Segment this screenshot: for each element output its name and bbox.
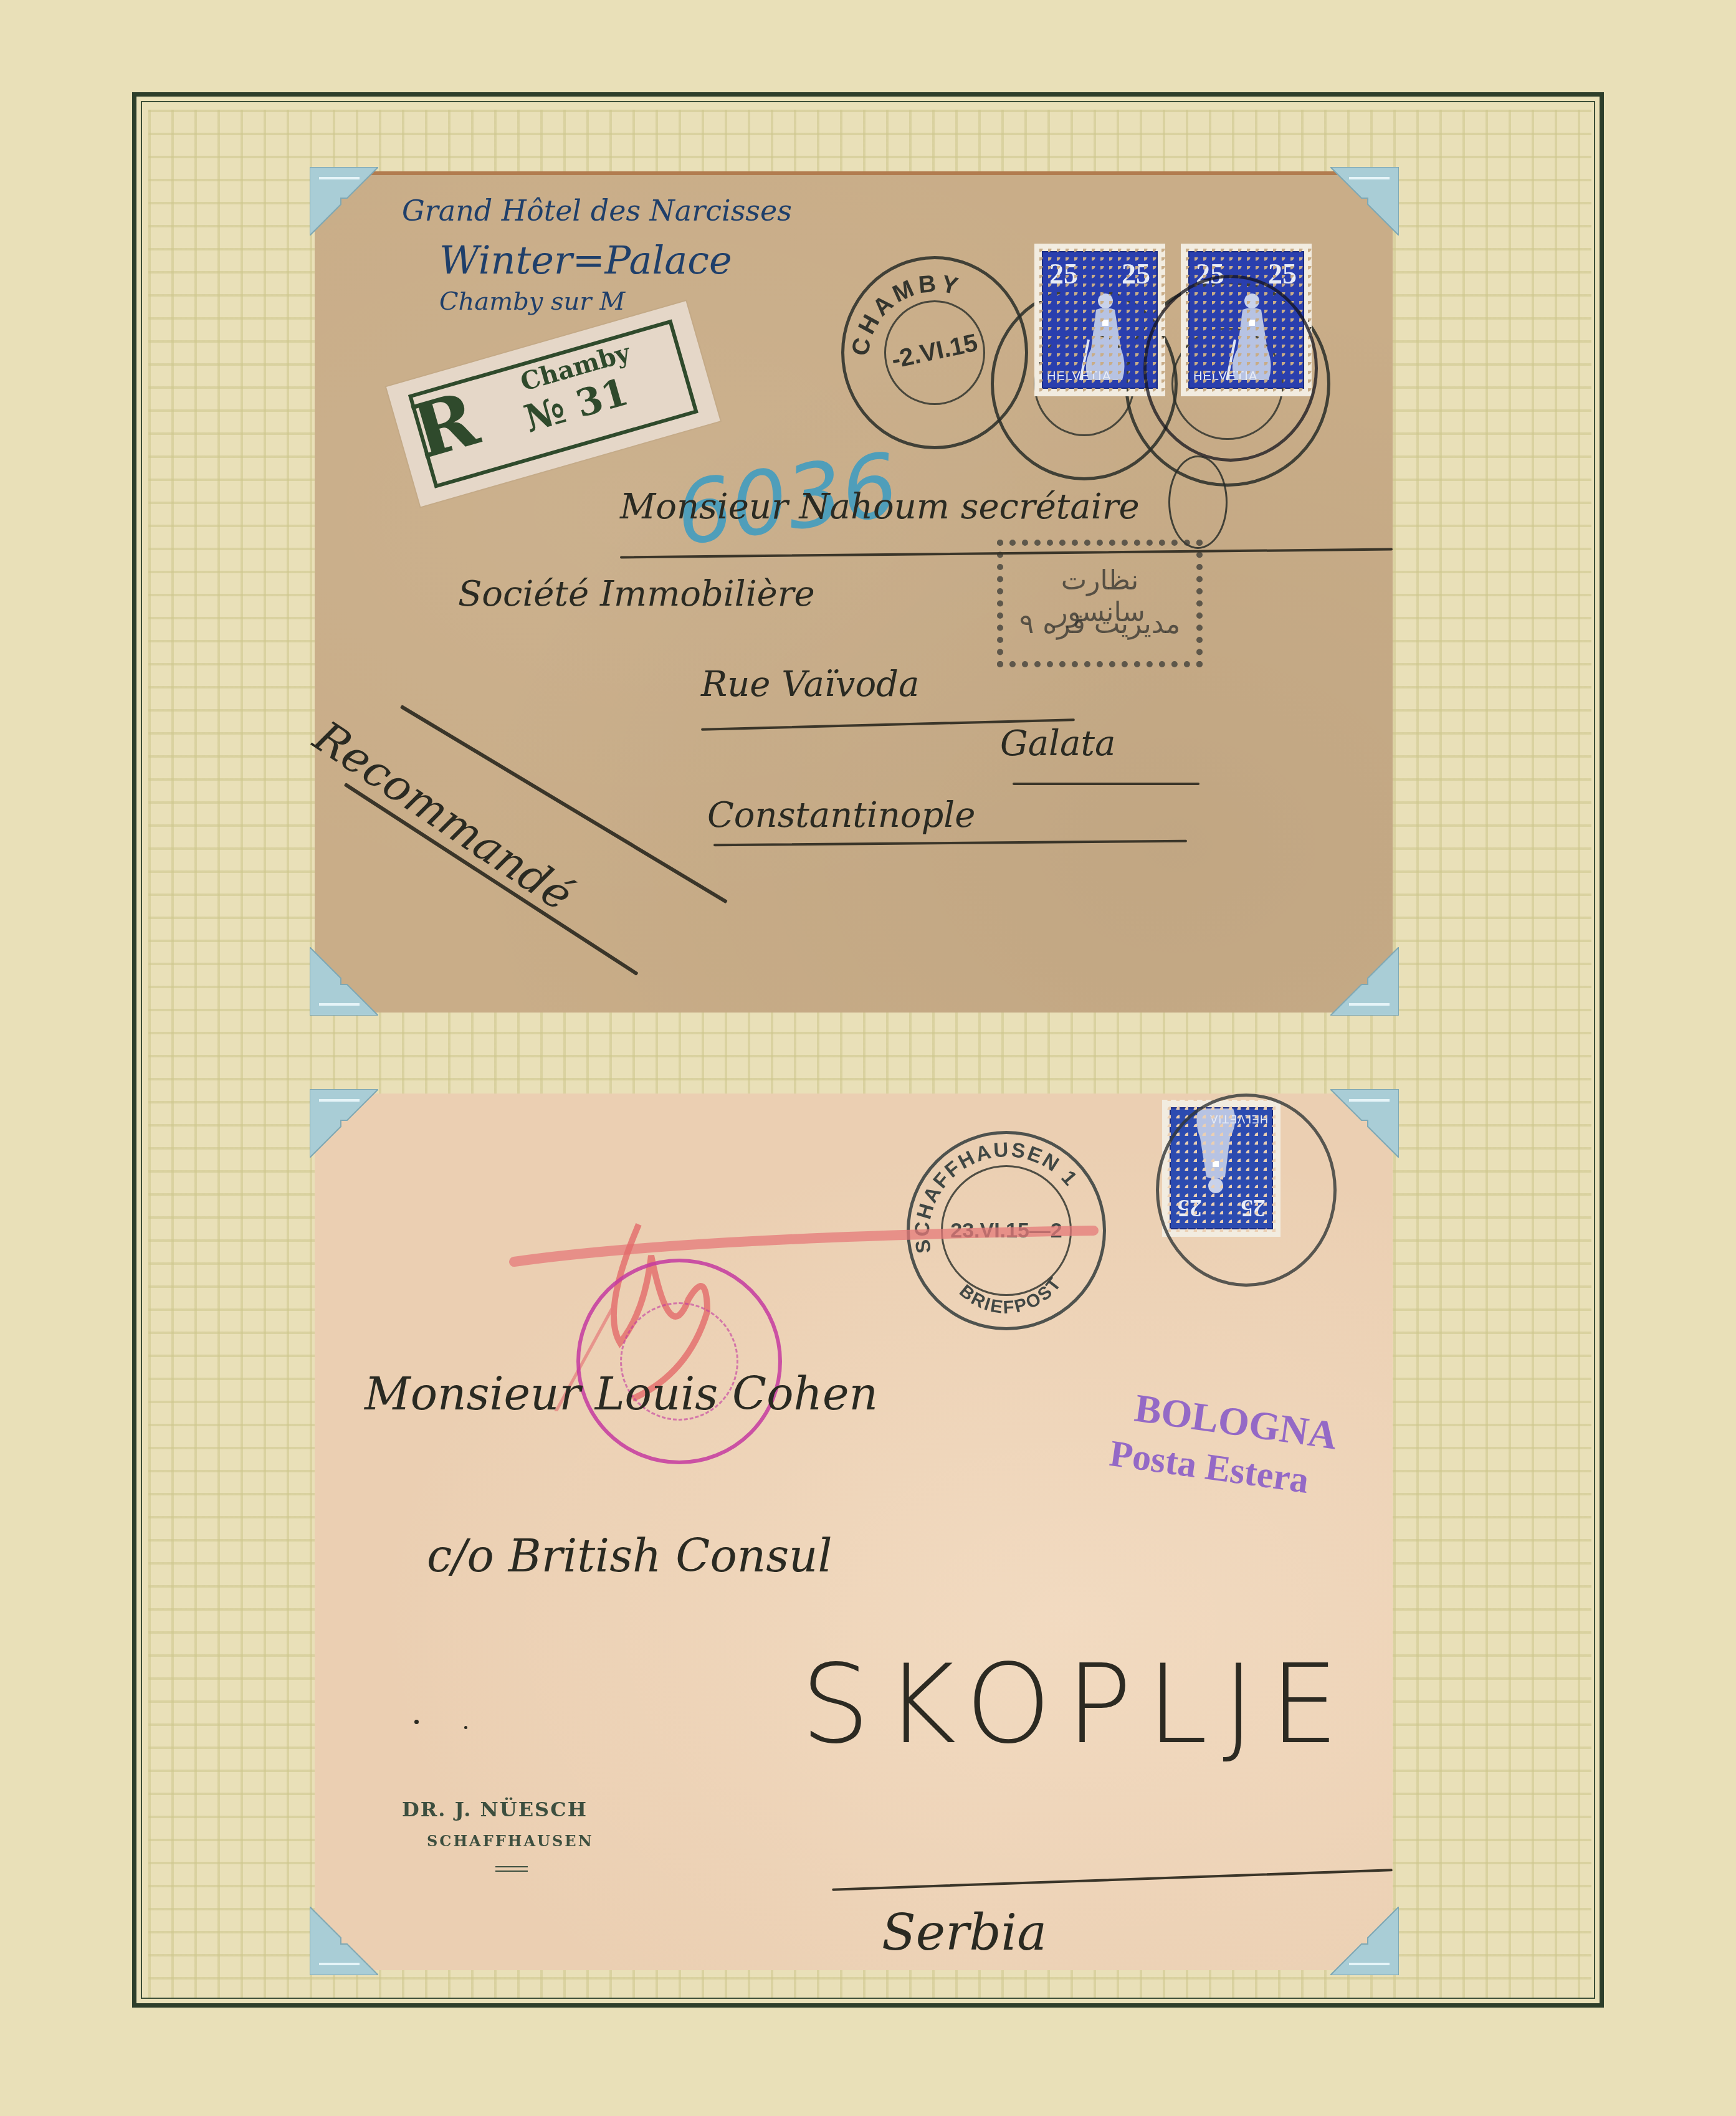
mount-corner-bottom-right bbox=[1330, 1907, 1399, 1975]
address-line-5: Constantinople bbox=[707, 795, 975, 836]
ink-dot bbox=[414, 1720, 419, 1724]
address-line-4-country: Serbia bbox=[882, 1904, 1047, 1961]
postmark-partial bbox=[1168, 455, 1228, 549]
sender-name: DR. J. NÜESCH bbox=[402, 1798, 588, 1821]
letterhead-hotel-name: Grand Hôtel des Narcisses bbox=[402, 194, 792, 227]
address-line-1: Monsieur Louis Cohen bbox=[365, 1368, 878, 1420]
album-page: Grand Hôtel des Narcisses Winter=Palace … bbox=[0, 0, 1736, 2116]
sender-rule bbox=[495, 1866, 528, 1872]
address-line-3-city: SKOPLJE bbox=[801, 1642, 1353, 1768]
cover-bottom: SCHAFFHAUSEN 1 BRIEFPOST 23.VI.15—2 25 2… bbox=[315, 1094, 1393, 1970]
cover-top: Grand Hôtel des Narcisses Winter=Palace … bbox=[315, 171, 1393, 1013]
sender-town: SCHAFFHAUSEN bbox=[427, 1832, 594, 1850]
address-line-3: Rue Vaïvoda bbox=[701, 664, 919, 705]
address-underline bbox=[713, 840, 1187, 847]
ink-dot bbox=[464, 1726, 467, 1729]
recommande-annotation: Recommandé bbox=[305, 711, 582, 921]
ottoman-censor-box: نظارت سانسور مدیریت قره ۹ bbox=[997, 540, 1203, 667]
letterhead-winter-palace: Winter=Palace bbox=[439, 237, 732, 283]
address-line-1: Monsieur Nahoum secrétaire bbox=[620, 487, 1140, 527]
address-line-2: Société Immobilière bbox=[458, 574, 815, 614]
postmark-schaffhausen-on-stamp bbox=[1156, 1094, 1337, 1287]
postmark-on-stamp bbox=[1143, 275, 1318, 462]
registration-label: R Chamby № 31 bbox=[386, 301, 720, 507]
mount-corner-top-right bbox=[1330, 167, 1399, 236]
address-underline bbox=[832, 1869, 1393, 1890]
address-underline bbox=[1013, 783, 1199, 785]
recommande-underline bbox=[344, 783, 639, 976]
mount-corner-bottom-left bbox=[310, 1907, 378, 1975]
magenta-censor-cachet bbox=[576, 1259, 782, 1464]
mount-corner-top-left bbox=[310, 1089, 378, 1158]
address-line-4: Galata bbox=[1000, 723, 1115, 764]
mount-corner-top-right bbox=[1330, 1089, 1399, 1158]
mount-corner-top-left bbox=[310, 167, 378, 236]
mount-corner-bottom-right bbox=[1330, 947, 1399, 1016]
letterhead-location: Chamby sur M bbox=[439, 287, 625, 316]
mount-corner-bottom-left bbox=[310, 947, 378, 1016]
address-line-2: c/o British Consul bbox=[427, 1530, 832, 1582]
